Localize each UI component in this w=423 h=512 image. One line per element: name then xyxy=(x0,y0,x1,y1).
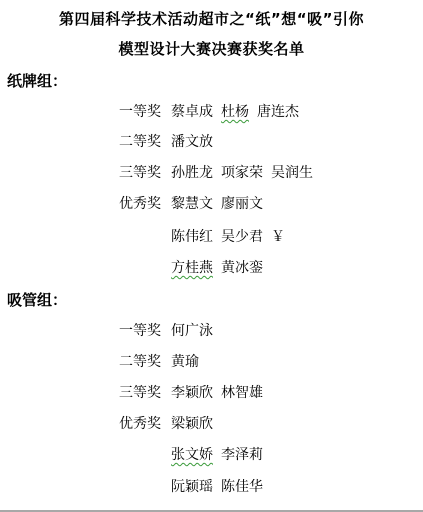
award-label xyxy=(119,444,171,464)
award-label: 一等奖 xyxy=(119,101,171,121)
award-row: 优秀奖 黎慧文 廖丽文 xyxy=(119,193,271,213)
winner-name: 陈伟红 xyxy=(171,226,213,246)
winner-name: 唐连杰 xyxy=(257,101,299,121)
award-row: 张文娇 李泽莉 xyxy=(119,444,271,464)
winner-name: 廖丽文 xyxy=(221,193,263,213)
group-heading-paper-cards: 纸牌组： xyxy=(7,70,67,91)
winner-name: 林智雄 xyxy=(221,382,263,402)
winner-name: 李颖欣 xyxy=(171,382,213,402)
document-title: 第四届科学技术活动超市之“纸”想“吸”引你 xyxy=(0,8,423,29)
winner-name: 阮颖瑶 xyxy=(171,476,213,496)
winner-name: 黄瑜 xyxy=(171,351,199,371)
winner-name: 陈佳华 xyxy=(221,476,263,496)
winner-name: 潘文放 xyxy=(171,131,213,151)
winner-name: 黎慧文 xyxy=(171,193,213,213)
award-row: 方桂燕 黄冰銮 xyxy=(119,257,271,277)
winner-name: 方桂燕 xyxy=(171,257,213,277)
award-row: 一等奖 蔡卓成 杜杨 唐连杰 xyxy=(119,101,307,121)
award-label: 三等奖 xyxy=(119,382,171,402)
winner-name: 杜杨 xyxy=(221,101,249,121)
award-label: 优秀奖 xyxy=(119,193,171,213)
award-label xyxy=(119,226,171,246)
group-heading-straws: 吸管组： xyxy=(7,289,67,310)
winner-name: 梁颖欣 xyxy=(171,413,213,433)
award-row: 二等奖 黄瑜 xyxy=(119,351,207,371)
award-label xyxy=(119,257,171,277)
stray-yen-symbol: ￥ xyxy=(271,226,285,246)
award-row: 三等奖 李颖欣 林智雄 xyxy=(119,382,271,402)
award-row: 二等奖 潘文放 xyxy=(119,131,221,151)
award-row: 一等奖 何广泳 xyxy=(119,320,221,340)
award-row: 三等奖 孙胜龙 项家荣 吴润生 xyxy=(119,162,321,182)
award-label: 优秀奖 xyxy=(119,413,171,433)
award-label xyxy=(119,476,171,496)
award-label: 二等奖 xyxy=(119,351,171,371)
winner-name: 吴少君 xyxy=(221,226,263,246)
document-subtitle: 模型设计大赛决赛获奖名单 xyxy=(0,38,423,59)
award-row: 阮颖瑶 陈佳华 xyxy=(119,476,271,496)
award-row: 优秀奖 梁颖欣 xyxy=(119,413,221,433)
winner-name: 张文娇 xyxy=(171,444,213,464)
award-row: 陈伟红 吴少君 ￥ xyxy=(119,226,293,246)
winner-name: 何广泳 xyxy=(171,320,213,340)
winner-name: 项家荣 xyxy=(221,162,263,182)
winner-name: 吴润生 xyxy=(271,162,313,182)
award-label: 一等奖 xyxy=(119,320,171,340)
winner-name: 李泽莉 xyxy=(221,444,263,464)
award-label: 三等奖 xyxy=(119,162,171,182)
award-label: 二等奖 xyxy=(119,131,171,151)
winner-name: 孙胜龙 xyxy=(171,162,213,182)
winner-name: 蔡卓成 xyxy=(171,101,213,121)
winner-name: 黄冰銮 xyxy=(221,257,263,277)
